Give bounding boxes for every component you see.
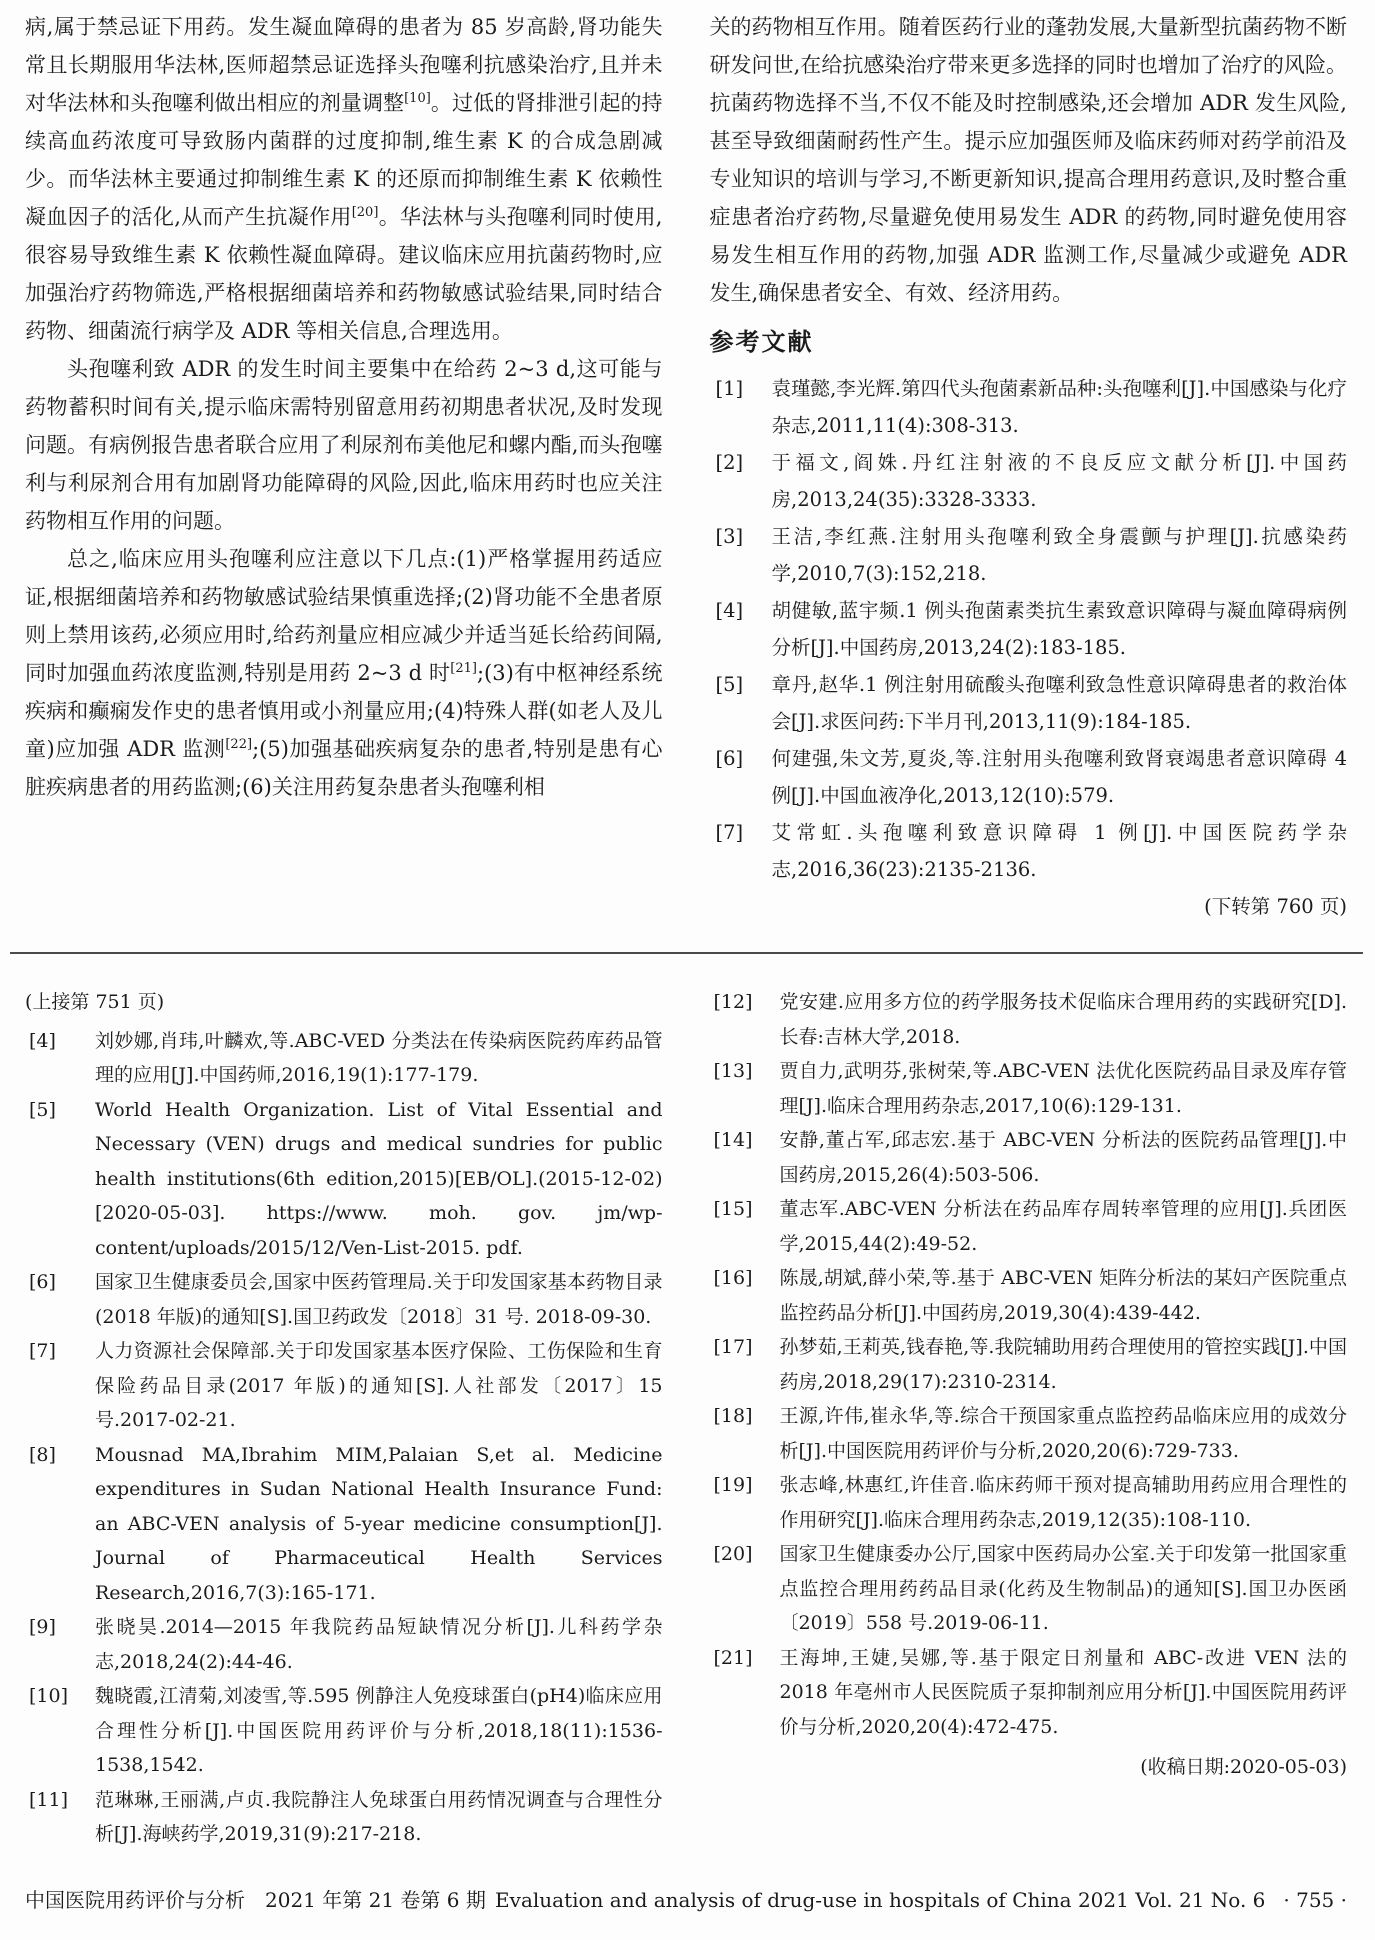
bottom-left-column: (上接第 751 页) [4] 刘妙娜,肖玮,叶麟欢,等.ABC-VED 分类法… (25, 985, 663, 1852)
reference-item: [7] 艾常虹.头孢噻利致意识障碍 1 例[J].中国医院药学杂志,2016,3… (710, 814, 1348, 888)
reference-text: 国家卫生健康委员会,国家中医药管理局.关于印发国家基本药物目录(2018 年版)… (95, 1265, 663, 1334)
reference-text: 董志军.ABC-VEN 分析法在药品库存周转率管理的应用[J].兵团医学,201… (780, 1192, 1348, 1261)
reference-text: 陈晟,胡斌,薛小荣,等.基于 ABC-VEN 矩阵分析法的某妇产医院重点监控药品… (780, 1261, 1348, 1330)
reference-label: [1] (710, 370, 772, 444)
reference-label: [12] (710, 985, 780, 1054)
reference-label: [16] (710, 1261, 780, 1330)
body-paragraph: 总之,临床应用头孢噻利应注意以下几点:(1)严格掌握用药适应证,根据细菌培养和药… (25, 540, 663, 806)
reference-text: 胡健敏,蓝宇频.1 例头孢菌素类抗生素致意识障碍与凝血障碍病例分析[J].中国药… (772, 592, 1348, 666)
reference-label: [6] (25, 1265, 95, 1334)
reference-label: [11] (25, 1783, 95, 1852)
reference-label: [4] (710, 592, 772, 666)
top-section: 病,属于禁忌证下用药。发生凝血障碍的患者为 85 岁高龄,肾功能失常且长期服用华… (25, 8, 1347, 925)
reference-item: [1] 袁瑾懿,李光辉.第四代头孢菌素新品种:头孢噻利[J].中国感染与化疗杂志… (710, 370, 1348, 444)
reference-text: 魏晓霞,江清菊,刘凌雪,等.595 例静注人免疫球蛋白(pH4)临床应用合理性分… (95, 1679, 663, 1783)
reference-item: [9] 张晓昊.2014—2015 年我院药品短缺情况分析[J].儿科药学杂志,… (25, 1610, 663, 1679)
reference-label: [5] (710, 666, 772, 740)
reference-item: [19] 张志峰,林惠红,许佳音.临床药师干预对提高辅助用药应用合理性的作用研究… (710, 1468, 1348, 1537)
reference-label: [4] (25, 1024, 95, 1093)
reference-item: [17] 孙梦茹,王莉英,钱春艳,等.我院辅助用药合理使用的管控实践[J].中国… (710, 1330, 1348, 1399)
reference-label: [20] (710, 1537, 780, 1641)
top-right-column: 关的药物相互作用。随着医药行业的蓬勃发展,大量新型抗菌药物不断研发问世,在给抗感… (710, 8, 1348, 925)
reference-item: [4] 胡健敏,蓝宇频.1 例头孢菌素类抗生素致意识障碍与凝血障碍病例分析[J]… (710, 592, 1348, 666)
journal-page: 病,属于禁忌证下用药。发生凝血障碍的患者为 85 岁高龄,肾功能失常且长期服用华… (0, 0, 1375, 1940)
reference-item: [3] 王洁,李红燕.注射用头孢噻利致全身震颤与护理[J].抗感染药学,2010… (710, 518, 1348, 592)
reference-text: World Health Organization. List of Vital… (95, 1093, 663, 1266)
reference-text: 安静,董占军,邱志宏.基于 ABC-VEN 分析法的医院药品管理[J].中国药房… (780, 1123, 1348, 1192)
reference-text: 张晓昊.2014—2015 年我院药品短缺情况分析[J].儿科药学杂志,2018… (95, 1610, 663, 1679)
footer-journal-title-cn: 中国医院用药评价与分析 2021 年第 21 卷第 6 期 (25, 1886, 486, 1914)
received-date-note: (收稿日期:2020-05-03) (710, 1750, 1348, 1785)
body-paragraph: 病,属于禁忌证下用药。发生凝血障碍的患者为 85 岁高龄,肾功能失常且长期服用华… (25, 8, 663, 350)
top-left-column: 病,属于禁忌证下用药。发生凝血障碍的患者为 85 岁高龄,肾功能失常且长期服用华… (25, 8, 663, 925)
reference-text: 袁瑾懿,李光辉.第四代头孢菌素新品种:头孢噻利[J].中国感染与化疗杂志,201… (772, 370, 1348, 444)
reference-text: 王洁,李红燕.注射用头孢噻利致全身震颤与护理[J].抗感染药学,2010,7(3… (772, 518, 1348, 592)
reference-text: 王源,许伟,崔永华,等.综合干预国家重点监控药品临床应用的成效分析[J].中国医… (780, 1399, 1348, 1468)
reference-item: [8] Mousnad MA,Ibrahim MIM,Palaian S,et … (25, 1438, 663, 1611)
bottom-right-column: [12] 党安建.应用多方位的药学服务技术促临床合理用药的实践研究[D].长春:… (710, 985, 1348, 1852)
reference-item: [2] 于福文,阎姝.丹红注射液的不良反应文献分析[J].中国药房,2013,2… (710, 444, 1348, 518)
reference-label: [19] (710, 1468, 780, 1537)
reference-text: 章丹,赵华.1 例注射用硫酸头孢噻利致急性意识障碍患者的救治体会[J].求医问药… (772, 666, 1348, 740)
reference-list-bottom-right: [12] 党安建.应用多方位的药学服务技术促临床合理用药的实践研究[D].长春:… (710, 985, 1348, 1744)
section-divider (10, 952, 1363, 954)
reference-item: [16] 陈晟,胡斌,薛小荣,等.基于 ABC-VEN 矩阵分析法的某妇产医院重… (710, 1261, 1348, 1330)
reference-label: [6] (710, 740, 772, 814)
reference-item: [5] World Health Organization. List of V… (25, 1093, 663, 1266)
reference-text: 贾自力,武明芬,张树荣,等.ABC-VEN 法优化医院药品目录及库存管理[J].… (780, 1054, 1348, 1123)
reference-item: [7] 人力资源社会保障部.关于印发国家基本医疗保险、工伤保险和生育保险药品目录… (25, 1334, 663, 1438)
reference-text: 艾常虹.头孢噻利致意识障碍 1 例[J].中国医院药学杂志,2016,36(23… (772, 814, 1348, 888)
reference-label: [7] (25, 1334, 95, 1438)
reference-text: 党安建.应用多方位的药学服务技术促临床合理用药的实践研究[D].长春:吉林大学,… (780, 985, 1348, 1054)
reference-item: [14] 安静,董占军,邱志宏.基于 ABC-VEN 分析法的医院药品管理[J]… (710, 1123, 1348, 1192)
reference-label: [10] (25, 1679, 95, 1783)
reference-text: 何建强,朱文芳,夏炎,等.注射用头孢噻利致肾衰竭患者意识障碍 4 例[J].中国… (772, 740, 1348, 814)
reference-item: [21] 王海坤,王婕,吴娜,等.基于限定日剂量和 ABC-改进 VEN 法的 … (710, 1641, 1348, 1745)
bottom-section: (上接第 751 页) [4] 刘妙娜,肖玮,叶麟欢,等.ABC-VED 分类法… (25, 985, 1347, 1852)
body-paragraph: 头孢噻利致 ADR 的发生时间主要集中在给药 2~3 d,这可能与药物蓄积时间有… (25, 350, 663, 540)
reference-item: [11] 范琳琳,王丽满,卢贞.我院静注人免球蛋白用药情况调查与合理性分析[J]… (25, 1783, 663, 1852)
reference-text: 人力资源社会保障部.关于印发国家基本医疗保险、工伤保险和生育保险药品目录(201… (95, 1334, 663, 1438)
reference-text: 王海坤,王婕,吴娜,等.基于限定日剂量和 ABC-改进 VEN 法的 2018 … (780, 1641, 1348, 1745)
footer-right-group: Evaluation and analysis of drug-use in h… (495, 1886, 1347, 1914)
reference-label: [7] (710, 814, 772, 888)
continued-from-note: (上接第 751 页) (25, 985, 663, 1020)
reference-item: [4] 刘妙娜,肖玮,叶麟欢,等.ABC-VED 分类法在传染病医院药库药品管理… (25, 1024, 663, 1093)
reference-text: 于福文,阎姝.丹红注射液的不良反应文献分析[J].中国药房,2013,24(35… (772, 444, 1348, 518)
footer-page-number: · 755 · (1283, 1886, 1347, 1914)
reference-label: [14] (710, 1123, 780, 1192)
reference-label: [8] (25, 1438, 95, 1611)
reference-list-bottom-left: [4] 刘妙娜,肖玮,叶麟欢,等.ABC-VED 分类法在传染病医院药库药品管理… (25, 1024, 663, 1852)
reference-text: Mousnad MA,Ibrahim MIM,Palaian S,et al. … (95, 1438, 663, 1611)
reference-item: [6] 国家卫生健康委员会,国家中医药管理局.关于印发国家基本药物目录(2018… (25, 1265, 663, 1334)
continued-to-note: (下转第 760 页) (710, 888, 1348, 925)
reference-item: [5] 章丹,赵华.1 例注射用硫酸头孢噻利致急性意识障碍患者的救治体会[J].… (710, 666, 1348, 740)
reference-list-top: [1] 袁瑾懿,李光辉.第四代头孢菌素新品种:头孢噻利[J].中国感染与化疗杂志… (710, 370, 1348, 888)
reference-item: [6] 何建强,朱文芳,夏炎,等.注射用头孢噻利致肾衰竭患者意识障碍 4 例[J… (710, 740, 1348, 814)
reference-item: [18] 王源,许伟,崔永华,等.综合干预国家重点监控药品临床应用的成效分析[J… (710, 1399, 1348, 1468)
reference-item: [15] 董志军.ABC-VEN 分析法在药品库存周转率管理的应用[J].兵团医… (710, 1192, 1348, 1261)
reference-label: [5] (25, 1093, 95, 1266)
reference-label: [3] (710, 518, 772, 592)
reference-label: [13] (710, 1054, 780, 1123)
page-footer: 中国医院用药评价与分析 2021 年第 21 卷第 6 期 Evaluation… (25, 1886, 1347, 1914)
reference-text: 张志峰,林惠红,许佳音.临床药师干预对提高辅助用药应用合理性的作用研究[J].临… (780, 1468, 1348, 1537)
footer-journal-title-en: Evaluation and analysis of drug-use in h… (495, 1886, 1265, 1914)
reference-text: 刘妙娜,肖玮,叶麟欢,等.ABC-VED 分类法在传染病医院药库药品管理的应用[… (95, 1024, 663, 1093)
reference-text: 孙梦茹,王莉英,钱春艳,等.我院辅助用药合理使用的管控实践[J].中国药房,20… (780, 1330, 1348, 1399)
reference-label: [15] (710, 1192, 780, 1261)
reference-item: [12] 党安建.应用多方位的药学服务技术促临床合理用药的实践研究[D].长春:… (710, 985, 1348, 1054)
reference-item: [20] 国家卫生健康委办公厅,国家中医药局办公室.关于印发第一批国家重点监控合… (710, 1537, 1348, 1641)
reference-label: [9] (25, 1610, 95, 1679)
reference-label: [2] (710, 444, 772, 518)
reference-label: [18] (710, 1399, 780, 1468)
reference-label: [21] (710, 1641, 780, 1745)
reference-item: [13] 贾自力,武明芬,张树荣,等.ABC-VEN 法优化医院药品目录及库存管… (710, 1054, 1348, 1123)
body-paragraph: 关的药物相互作用。随着医药行业的蓬勃发展,大量新型抗菌药物不断研发问世,在给抗感… (710, 8, 1348, 312)
references-heading: 参考文献 (710, 322, 1348, 362)
reference-text: 范琳琳,王丽满,卢贞.我院静注人免球蛋白用药情况调查与合理性分析[J].海峡药学… (95, 1783, 663, 1852)
reference-item: [10] 魏晓霞,江清菊,刘凌雪,等.595 例静注人免疫球蛋白(pH4)临床应… (25, 1679, 663, 1783)
reference-text: 国家卫生健康委办公厅,国家中医药局办公室.关于印发第一批国家重点监控合理用药药品… (780, 1537, 1348, 1641)
reference-label: [17] (710, 1330, 780, 1399)
